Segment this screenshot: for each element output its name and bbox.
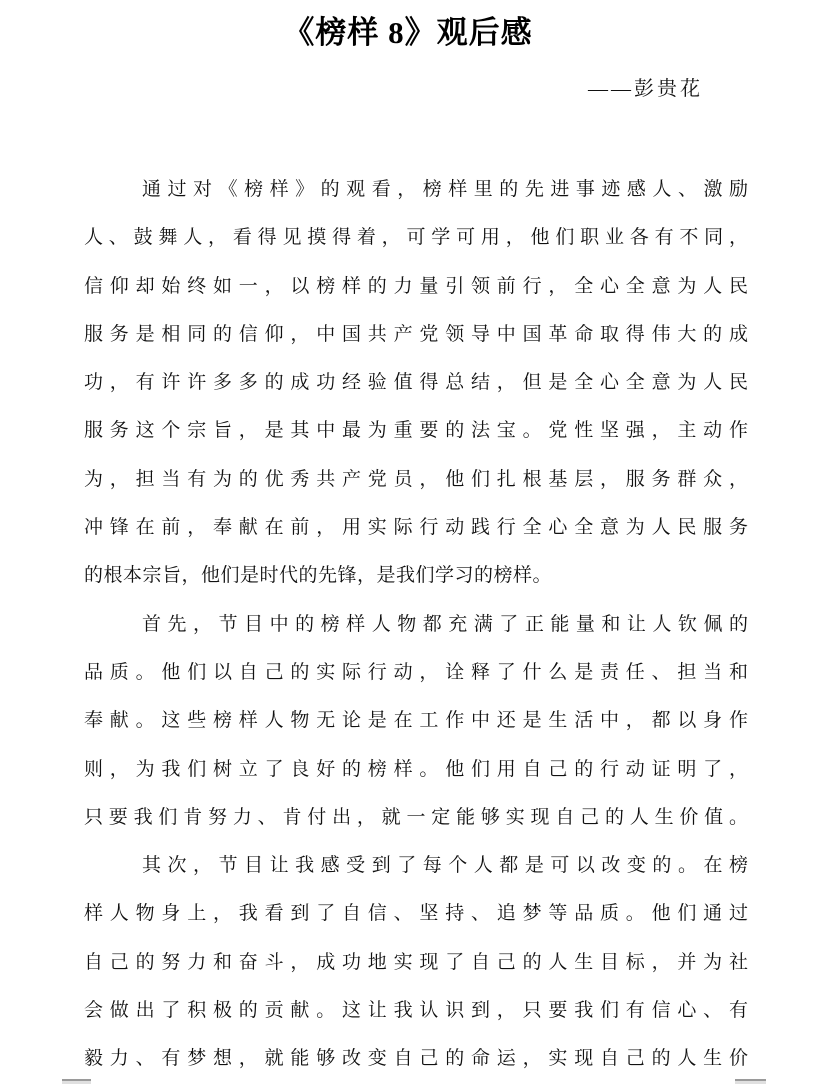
text-line: 人、鼓舞人，看得见摸得着，可学可用，他们职业各有不同， [84,214,752,262]
text-line: 的根本宗旨，他们是时代的先锋，是我们学习的榜样。 [84,552,752,600]
text-line: 信仰却始终如一，以榜样的力量引领前行，全心全意为人民 [84,263,752,311]
text-line: 奉献。这些榜样人物无论是在工作中还是生活中，都以身作 [84,697,752,745]
byline: ——彭贵花 [0,75,816,103]
text-line: 毅力、有梦想，就能够改变自己的命运，实现自己的人生价 [84,1035,752,1083]
text-line: 冲锋在前，奉献在前，用实际行动践行全心全意为人民服务 [84,504,752,552]
page-bottom-artifact-left [62,1079,91,1084]
text-line: 为，担当有为的优秀共产党员，他们扎根基层，服务群众， [84,456,752,504]
paragraph: 其次，节目让我感受到了每个人都是可以改变的。在榜样人物身上，我看到了自信、坚持、… [84,842,752,1083]
paragraph: 通过对《榜样》的观看，榜样里的先进事迹感人、激励人、鼓舞人，看得见摸得着，可学可… [84,166,752,601]
text-line: 样人物身上，我看到了自信、坚持、追梦等品质。他们通过 [84,890,752,938]
text-line: 首先，节目中的榜样人物都充满了正能量和让人钦佩的 [84,601,752,649]
text-line: 则，为我们树立了良好的榜样。他们用自己的行动证明了， [84,746,752,794]
page-bottom-artifact-right [735,1079,766,1084]
document-body: 通过对《榜样》的观看，榜样里的先进事迹感人、激励人、鼓舞人，看得见摸得着，可学可… [84,166,752,1084]
page-title: 《榜样 8》观后感 [0,0,816,53]
text-line: 自己的努力和奋斗，成功地实现了自己的人生目标，并为社 [84,939,752,987]
paragraph: 首先，节目中的榜样人物都充满了正能量和让人钦佩的品质。他们以自己的实际行动，诠释… [84,601,752,842]
text-line: 服务是相同的信仰，中国共产党领导中国革命取得伟大的成 [84,311,752,359]
text-line: 通过对《榜样》的观看，榜样里的先进事迹感人、激励 [84,166,752,214]
text-line: 服务这个宗旨，是其中最为重要的法宝。党性坚强，主动作 [84,407,752,455]
text-line: 品质。他们以自己的实际行动，诠释了什么是责任、担当和 [84,649,752,697]
text-line: 会做出了积极的贡献。这让我认识到，只要我们有信心、有 [84,987,752,1035]
text-line: 其次，节目让我感受到了每个人都是可以改变的。在榜 [84,842,752,890]
document-page: 《榜样 8》观后感 ——彭贵花 通过对《榜样》的观看，榜样里的先进事迹感人、激励… [0,0,816,1084]
text-line: 功，有许许多多的成功经验值得总结，但是全心全意为人民 [84,359,752,407]
text-line: 只要我们肯努力、肯付出，就一定能够实现自己的人生价值。 [84,794,752,842]
